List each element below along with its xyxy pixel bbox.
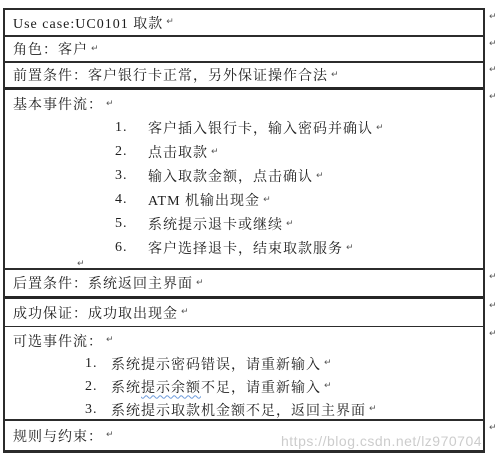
row-end-mark-icon: ↵ [489,40,497,49]
paragraph-mark-icon: ↵ [376,124,384,133]
row-success-guarantee: 成功保证：成功取出现金 ↵ [5,299,483,327]
optional-flow-title: 可选事件流： [13,331,103,351]
optional-flow-step: 3. 系统提示取款机金额不足，返回主界面 ↵ [13,398,483,421]
basic-flow-step: 2. 点击取款 ↵ [13,140,483,164]
basic-flow-title-line: 基本事件流： ↵ [13,92,483,116]
precondition-text: 前置条件：客户银行卡正常，另外保证操作合法 [13,65,328,85]
document-page: Use case:UC0101 取款 ↵ 角色：客户 ↵ 前置条件：客户银行卡正… [0,0,500,459]
row-end-mark-icon: ↵ [489,424,497,433]
step-text-post: 不足，请重新输入 [201,377,321,397]
step-number: 3. [115,168,148,184]
row-end-mark-icon: ↵ [489,66,497,75]
basic-flow-step: 1. 客户插入银行卡，输入密码并确认 ↵ [13,116,483,140]
step-text: 客户选择退卡，结束取款服务 [148,238,343,258]
paragraph-mark-icon: ↵ [211,148,219,157]
role-text: 角色：客户 [13,39,88,59]
row-end-mark-icon: ↵ [489,93,497,102]
step-text: 系统提示取款机金额不足，返回主界面 [111,400,366,420]
success-guarantee-text: 成功保证：成功取出现金 [13,303,178,323]
basic-flow-title: 基本事件流： [13,94,103,114]
paragraph-mark-icon: ↵ [324,382,332,391]
paragraph-mark-icon: ↵ [106,431,114,440]
step-number: 6. [115,240,148,256]
step-text: 系统提示密码错误，请重新输入 [111,354,321,374]
spellcheck-squiggle-text: 提示余额 [141,377,201,397]
row-end-mark-icon: ↵ [489,273,497,282]
basic-flow-step: 3. 输入取款金额，点击确认 ↵ [13,164,483,188]
row-role: 角色：客户 ↵ [5,37,483,63]
paragraph-mark-icon: ↵ [331,71,339,80]
step-number: 1. [85,356,111,372]
step-text: 系统提示退卡或继续 [148,214,283,234]
paragraph-mark-icon: ↵ [263,196,271,205]
step-text: 输入取款金额，点击确认 [148,166,313,186]
step-number: 2. [115,144,148,160]
step-text: 客户插入银行卡，输入密码并确认 [148,118,373,138]
basic-flow-step: 6. 客户选择退卡，结束取款服务 ↵ [13,236,483,260]
basic-flow-step: 4. ATM 机输出现金 ↵ [13,188,483,212]
paragraph-mark-icon: ↵ [324,359,332,368]
use-case-table: Use case:UC0101 取款 ↵ 角色：客户 ↵ 前置条件：客户银行卡正… [3,8,485,453]
row-end-mark-icon: ↵ [489,13,497,22]
row-end-mark-icon: ↵ [489,302,497,311]
step-number: 5. [115,216,148,232]
row-use-case: Use case:UC0101 取款 ↵ [5,10,483,37]
paragraph-mark-icon: ↵ [166,18,174,27]
use-case-title: Use case:UC0101 取款 [13,13,163,33]
watermark-text: https://blog.csdn.net/lz970704 [281,433,482,449]
paragraph-mark-icon: ↵ [181,308,189,317]
paragraph-mark-icon: ↵ [316,172,324,181]
paragraph-mark-icon: ↵ [369,405,377,414]
row-basic-flow: 基本事件流： ↵ 1. 客户插入银行卡，输入密码并确认 ↵ 2. 点击取款 ↵ … [5,90,483,270]
row-postcondition: 后置条件：系统返回主界面 ↵ [5,270,483,299]
paragraph-mark-icon: ↵ [286,220,294,229]
paragraph-mark-icon: ↵ [77,260,85,269]
step-number: 1. [115,120,148,136]
optional-flow-step: 1. 系统提示密码错误，请重新输入 ↵ [13,352,483,375]
paragraph-mark-icon: ↵ [196,279,204,288]
postcondition-text: 后置条件：系统返回主界面 [13,273,193,293]
step-text-pre: 系统 [111,377,141,397]
row-optional-flow: 可选事件流： ↵ 1. 系统提示密码错误，请重新输入 ↵ 2. 系统 提示余额 … [5,327,483,421]
step-number: 3. [85,402,111,418]
optional-flow-step: 2. 系统 提示余额 不足，请重新输入 ↵ [13,375,483,398]
paragraph-mark-icon: ↵ [346,244,354,253]
basic-flow-step: 5. 系统提示退卡或继续 ↵ [13,212,483,236]
empty-paragraph-line: ↵ [13,260,483,270]
paragraph-mark-icon: ↵ [106,100,114,109]
step-text: ATM 机输出现金 [148,190,260,210]
row-precondition: 前置条件：客户银行卡正常，另外保证操作合法 ↵ [5,63,483,90]
row-end-mark-icon: ↵ [489,330,497,339]
step-text: 点击取款 [148,142,208,162]
paragraph-mark-icon: ↵ [91,45,99,54]
optional-flow-title-line: 可选事件流： ↵ [13,329,483,352]
paragraph-mark-icon: ↵ [106,336,114,345]
row-end-marks: ↵↵↵↵↵↵↵↵ [489,8,500,452]
step-number: 2. [85,379,111,395]
rules-text: 规则与约束： [13,426,103,446]
step-number: 4. [115,192,148,208]
